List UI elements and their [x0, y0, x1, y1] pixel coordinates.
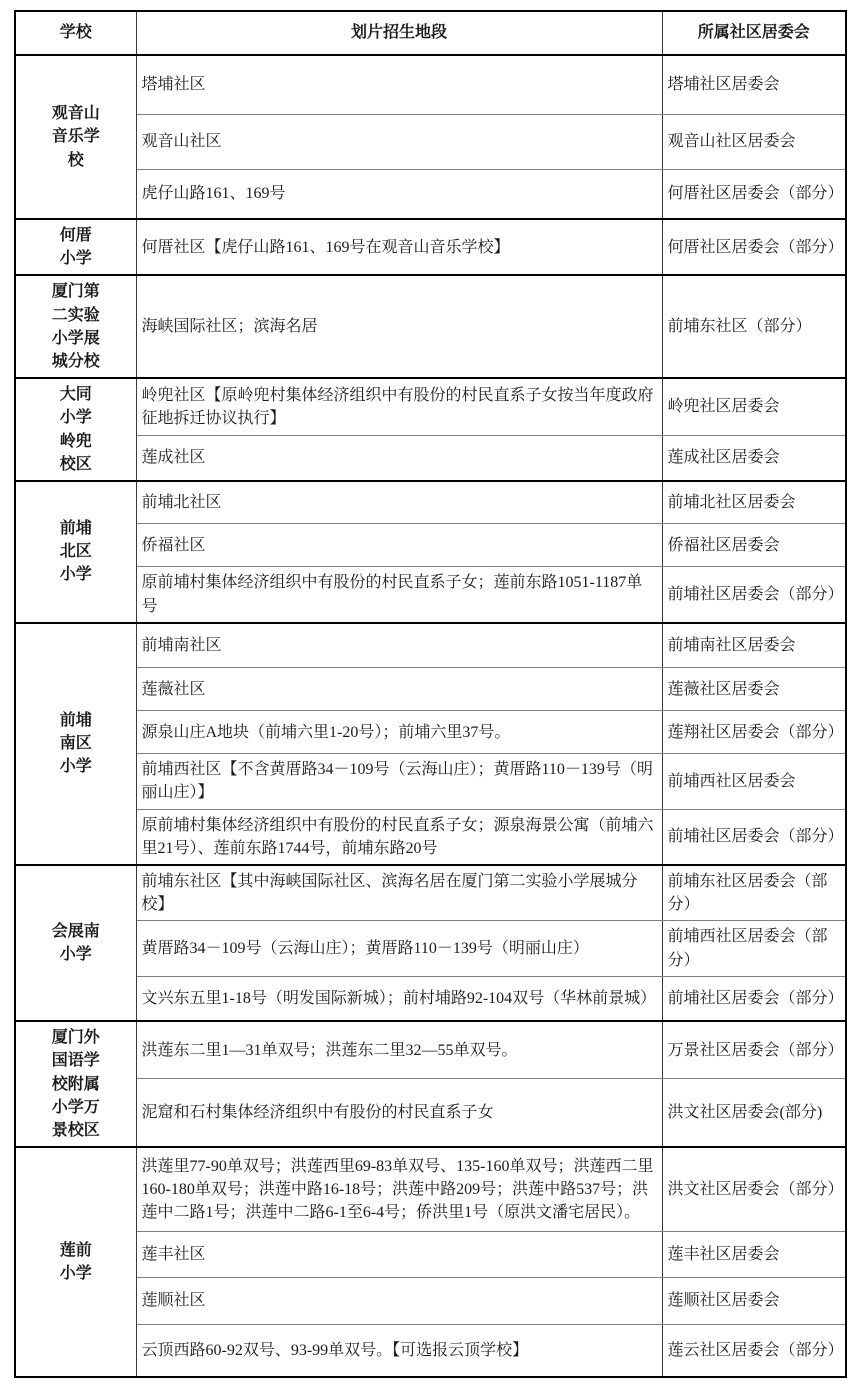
- committee-cell: 莲翔社区居委会（部分）: [662, 711, 846, 754]
- table-row: 前埔西社区【不含黄厝路34－109号（云海山庄）；黄厝路110－139号（明丽山…: [15, 754, 846, 809]
- school-cell: 厦门外 国语学 校附属 小学万 景校区: [15, 1021, 136, 1147]
- district-cell: 莲成社区: [136, 435, 662, 481]
- district-cell: 前埔南社区: [136, 623, 662, 668]
- district-cell: 泥窟和石村集体经济组织中有股份的村民直系子女: [136, 1079, 662, 1147]
- header-district: 划片招生地段: [136, 11, 662, 55]
- committee-cell: 莲丰社区居委会: [662, 1231, 846, 1277]
- school-cell: 会展南 小学: [15, 865, 136, 1021]
- table-row: 原前埔村集体经济组织中有股份的村民直系子女；源泉海景公寓（前埔六里21号）、莲前…: [15, 809, 846, 865]
- header-school: 学校: [15, 11, 136, 55]
- table-row: 文兴东五里1-18号（明发国际新城）；前村埔路92-104双号（华林前景城） 前…: [15, 976, 846, 1021]
- table-row: 大同 小学 岭兜 校区 岭兜社区【原岭兜村集体经济组织中有股份的村民直系子女按当…: [15, 378, 846, 435]
- district-cell: 海峡国际社区；滨海名居: [136, 275, 662, 378]
- committee-cell: 侨福社区居委会: [662, 524, 846, 567]
- table-row: 观音山社区 观音山社区居委会: [15, 114, 846, 169]
- district-cell: 原前埔村集体经济组织中有股份的村民直系子女；源泉海景公寓（前埔六里21号）、莲前…: [136, 809, 662, 865]
- school-cell: 观音山 音乐学 校: [15, 55, 136, 219]
- district-cell: 前埔东社区【其中海峡国际社区、滨海名居在厦门第二实验小学展城分校】: [136, 865, 662, 921]
- district-cell: 莲丰社区: [136, 1231, 662, 1277]
- district-cell: 莲薇社区: [136, 668, 662, 711]
- district-cell: 虎仔山路161、169号: [136, 169, 662, 219]
- committee-cell: 万景社区居委会（部分）: [662, 1021, 846, 1078]
- committee-cell: 前埔社区居委会（部分）: [662, 976, 846, 1021]
- school-cell: 厦门第 二实验 小学展 城分校: [15, 275, 136, 378]
- table-row: 何厝 小学 何厝社区【虎仔山路161、169号在观音山音乐学校】 何厝社区居委会…: [15, 219, 846, 275]
- committee-cell: 观音山社区居委会: [662, 114, 846, 169]
- table-row: 侨福社区 侨福社区居委会: [15, 524, 846, 567]
- school-cell: 前埔 北区 小学: [15, 481, 136, 623]
- table-row: 泥窟和石村集体经济组织中有股份的村民直系子女 洪文社区居委会(部分): [15, 1079, 846, 1147]
- school-cell: 何厝 小学: [15, 219, 136, 275]
- table-row: 莲顺社区 莲顺社区居委会: [15, 1277, 846, 1324]
- school-cell: 莲前 小学: [15, 1147, 136, 1377]
- district-cell: 源泉山庄A地块（前埔六里1-20号）；前埔六里37号。: [136, 711, 662, 754]
- district-cell: 前埔北社区: [136, 481, 662, 524]
- committee-cell: 莲薇社区居委会: [662, 668, 846, 711]
- committee-cell: 前埔东社区（部分）: [662, 275, 846, 378]
- district-cell: 洪莲东二里1—31单双号；洪莲东二里32—55单双号。: [136, 1021, 662, 1078]
- table-row: 厦门外 国语学 校附属 小学万 景校区 洪莲东二里1—31单双号；洪莲东二里32…: [15, 1021, 846, 1078]
- table-row: 虎仔山路161、169号 何厝社区居委会（部分）: [15, 169, 846, 219]
- table-row: 云顶西路60-92双号、93-99单双号。【可选报云顶学校】 莲云社区居委会（部…: [15, 1324, 846, 1377]
- document-page: 学校 划片招生地段 所属社区居委会 观音山 音乐学 校 塔埔社区 塔埔社区居委会…: [0, 0, 859, 1384]
- table-header: 学校 划片招生地段 所属社区居委会: [15, 11, 846, 55]
- committee-cell: 前埔南社区居委会: [662, 623, 846, 668]
- table-row: 厦门第 二实验 小学展 城分校 海峡国际社区；滨海名居 前埔东社区（部分）: [15, 275, 846, 378]
- committee-cell: 何厝社区居委会（部分）: [662, 169, 846, 219]
- committee-cell: 岭兜社区居委会: [662, 378, 846, 435]
- school-cell: 前埔 南区 小学: [15, 623, 136, 865]
- committee-cell: 前埔西社区居委会（部分）: [662, 921, 846, 976]
- district-cell: 黄厝路34－109号（云海山庄）；黄厝路110－139号（明丽山庄）: [136, 921, 662, 976]
- committee-cell: 洪文社区居委会(部分): [662, 1079, 846, 1147]
- school-cell: 大同 小学 岭兜 校区: [15, 378, 136, 481]
- district-cell: 岭兜社区【原岭兜村集体经济组织中有股份的村民直系子女按当年度政府征地拆迁协议执行…: [136, 378, 662, 435]
- table-row: 会展南 小学 前埔东社区【其中海峡国际社区、滨海名居在厦门第二实验小学展城分校】…: [15, 865, 846, 921]
- table-row: 莲薇社区 莲薇社区居委会: [15, 668, 846, 711]
- committee-cell: 前埔社区居委会（部分）: [662, 567, 846, 623]
- table-row: 莲前 小学 洪莲里77-90单双号；洪莲西里69-83单双号、135-160单双…: [15, 1147, 846, 1231]
- committee-cell: 前埔西社区居委会: [662, 754, 846, 809]
- table-row: 前埔 南区 小学 前埔南社区 前埔南社区居委会: [15, 623, 846, 668]
- committee-cell: 塔埔社区居委会: [662, 55, 846, 114]
- table-row: 前埔 北区 小学 前埔北社区 前埔北社区居委会: [15, 481, 846, 524]
- header-committee: 所属社区居委会: [662, 11, 846, 55]
- committee-cell: 莲顺社区居委会: [662, 1277, 846, 1324]
- committee-cell: 前埔北社区居委会: [662, 481, 846, 524]
- district-cell: 莲顺社区: [136, 1277, 662, 1324]
- district-cell: 文兴东五里1-18号（明发国际新城）；前村埔路92-104双号（华林前景城）: [136, 976, 662, 1021]
- district-cell: 洪莲里77-90单双号；洪莲西里69-83单双号、135-160单双号；洪莲西二…: [136, 1147, 662, 1231]
- table-row: 原前埔村集体经济组织中有股份的村民直系子女；莲前东路1051-1187单号 前埔…: [15, 567, 846, 623]
- district-cell: 何厝社区【虎仔山路161、169号在观音山音乐学校】: [136, 219, 662, 275]
- table-row: 源泉山庄A地块（前埔六里1-20号）；前埔六里37号。 莲翔社区居委会（部分）: [15, 711, 846, 754]
- committee-cell: 前埔社区居委会（部分）: [662, 809, 846, 865]
- district-cell: 前埔西社区【不含黄厝路34－109号（云海山庄）；黄厝路110－139号（明丽山…: [136, 754, 662, 809]
- table-row: 莲丰社区 莲丰社区居委会: [15, 1231, 846, 1277]
- committee-cell: 洪文社区居委会（部分）: [662, 1147, 846, 1231]
- enrollment-table: 学校 划片招生地段 所属社区居委会 观音山 音乐学 校 塔埔社区 塔埔社区居委会…: [14, 10, 847, 1378]
- district-cell: 侨福社区: [136, 524, 662, 567]
- committee-cell: 前埔东社区居委会（部分）: [662, 865, 846, 921]
- committee-cell: 莲成社区居委会: [662, 435, 846, 481]
- committee-cell: 莲云社区居委会（部分）: [662, 1324, 846, 1377]
- district-cell: 原前埔村集体经济组织中有股份的村民直系子女；莲前东路1051-1187单号: [136, 567, 662, 623]
- district-cell: 云顶西路60-92双号、93-99单双号。【可选报云顶学校】: [136, 1324, 662, 1377]
- committee-cell: 何厝社区居委会（部分）: [662, 219, 846, 275]
- table-row: 黄厝路34－109号（云海山庄）；黄厝路110－139号（明丽山庄） 前埔西社区…: [15, 921, 846, 976]
- table-row: 观音山 音乐学 校 塔埔社区 塔埔社区居委会: [15, 55, 846, 114]
- table-row: 莲成社区 莲成社区居委会: [15, 435, 846, 481]
- district-cell: 观音山社区: [136, 114, 662, 169]
- district-cell: 塔埔社区: [136, 55, 662, 114]
